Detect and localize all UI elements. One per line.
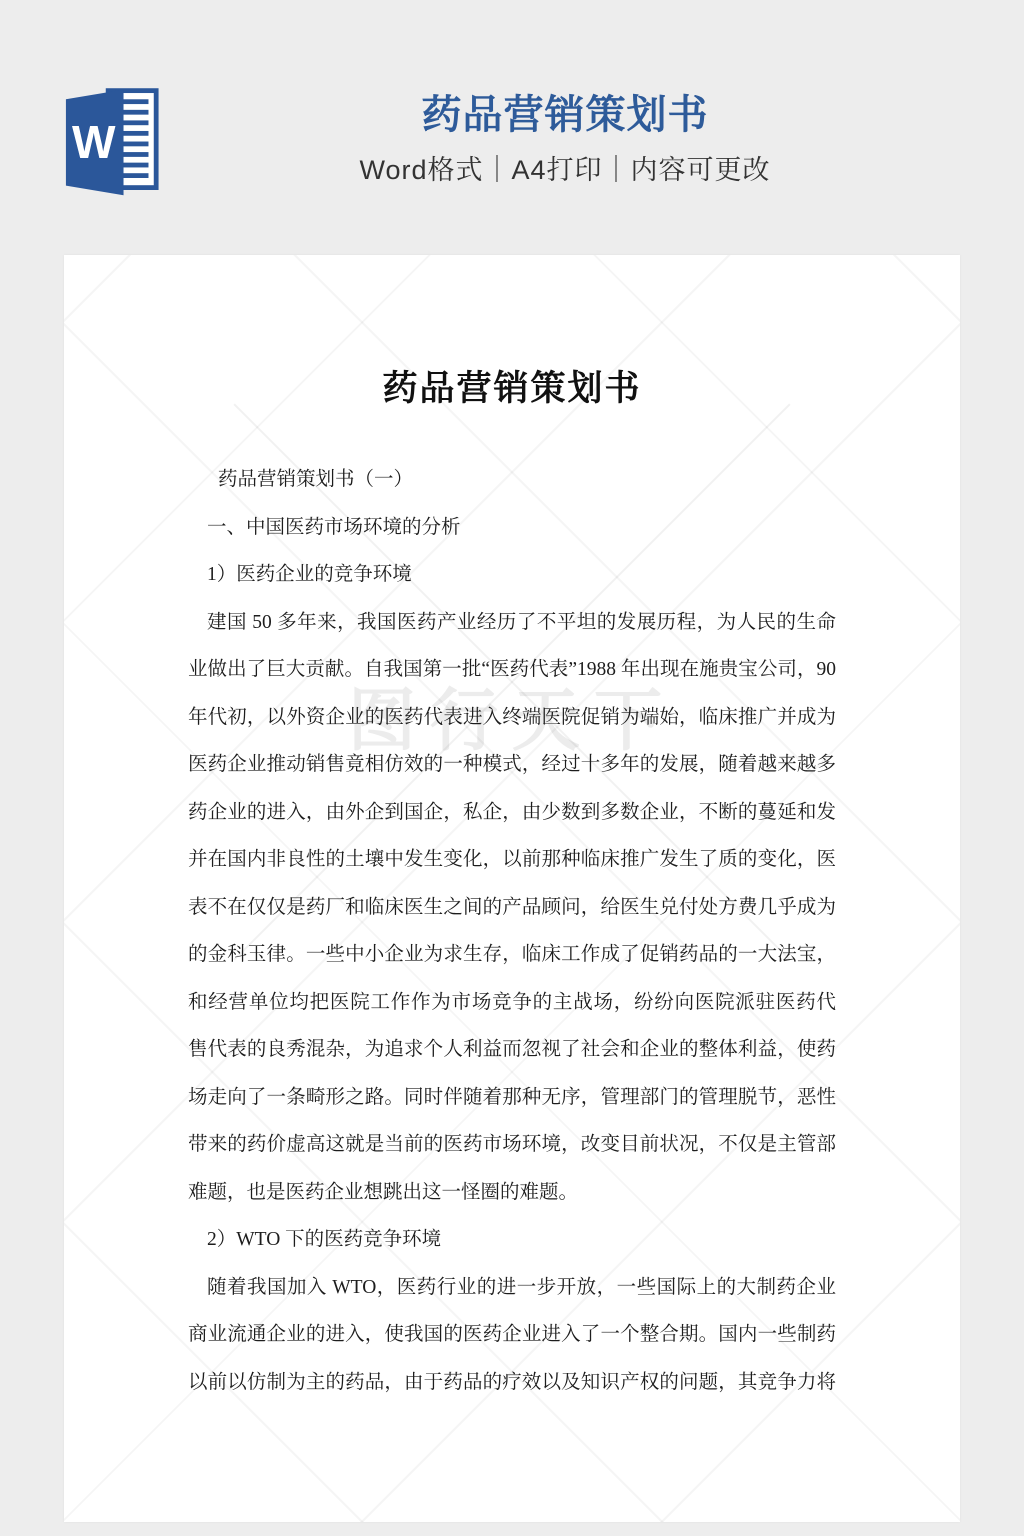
doc-line: 以前以仿制为主的药品，由于药品的疗效以及知识产权的问题，其竞争力将会大	[188, 1359, 836, 1407]
doc-line: 场走向了一条畸形之路。同时伴随着那种无序，管理部门的管理脱节，恶性竞争	[188, 1074, 836, 1122]
doc-line: 一、中国医药市场环境的分析	[188, 504, 836, 552]
doc-line: 和经营单位均把医院工作作为市场竞争的主战场，纷纷向医院派驻医药代表，销	[188, 979, 836, 1027]
doc-line: 随着我国加入 WTO，医药行业的进一步开放，一些国际上的大制药企业和大的	[188, 1264, 836, 1312]
doc-line: 业做出了巨大贡献。自我国第一批“医药代表”1988 年出现在施贵宝公司，90	[188, 646, 836, 694]
header: 药品营销策划书 Word格式｜A4打印｜内容可更改	[106, 0, 1024, 186]
doc-line: 年代初，以外资企业的医药代表进入终端医院促销为端始，临床推广并成为国内	[188, 694, 836, 742]
doc-line: 建国 50 多年来，我国医药产业经历了不平坦的发展历程，为人民的生命健康事	[188, 599, 836, 647]
doc-line: 的金科玉律。一些中小企业为求生存，临床工作成了促销药品的一大法宝，药厂	[188, 931, 836, 979]
document-lines: 药品营销策划书（一）一、中国医药市场环境的分析1）医药企业的竞争环境建国 50 …	[188, 456, 836, 1406]
doc-line: 难题，也是医药企业想跳出这一怪圈的难题。	[188, 1169, 836, 1217]
doc-line: 2）WTO 下的医药竞争环境	[188, 1216, 836, 1264]
doc-line: 商业流通企业的进入，使我国的医药企业进入了一个整合期。国内一些制药企业	[188, 1311, 836, 1359]
doc-line: 药品营销策划书（一）	[188, 456, 836, 504]
doc-line: 并在国内非良性的土壤中发生变化，以前那种临床推广发生了质的变化，医药代	[188, 836, 836, 884]
doc-line: 带来的药价虚高这就是当前的医药市场环境，改变目前状况，不仅是主管部门的	[188, 1121, 836, 1169]
doc-line: 1）医药企业的竞争环境	[188, 551, 836, 599]
doc-line: 售代表的良秀混杂，为追求个人利益而忽视了社会和企业的整体利益，使药品市	[188, 1026, 836, 1074]
template-subtitle: Word格式｜A4打印｜内容可更改	[106, 154, 1024, 186]
doc-line: 医药企业推动销售竟相仿效的一种模式，经过十多年的发展，随着越来越多的医	[188, 741, 836, 789]
document-page: 图行天下 药品营销策划书 药品营销策划书（一）一、中国医药市场环境的分析1）医药…	[64, 255, 960, 1522]
doc-line: 表不在仅仅是药厂和临床医生之间的产品顾问，给医生兑付处方费几乎成为促销	[188, 884, 836, 932]
document-title: 药品营销策划书	[64, 368, 960, 410]
doc-line: 药企业的进入，由外企到国企，私企，由少数到多数企业，不断的蔓延和发展，	[188, 789, 836, 837]
template-title: 药品营销策划书	[106, 92, 1024, 138]
